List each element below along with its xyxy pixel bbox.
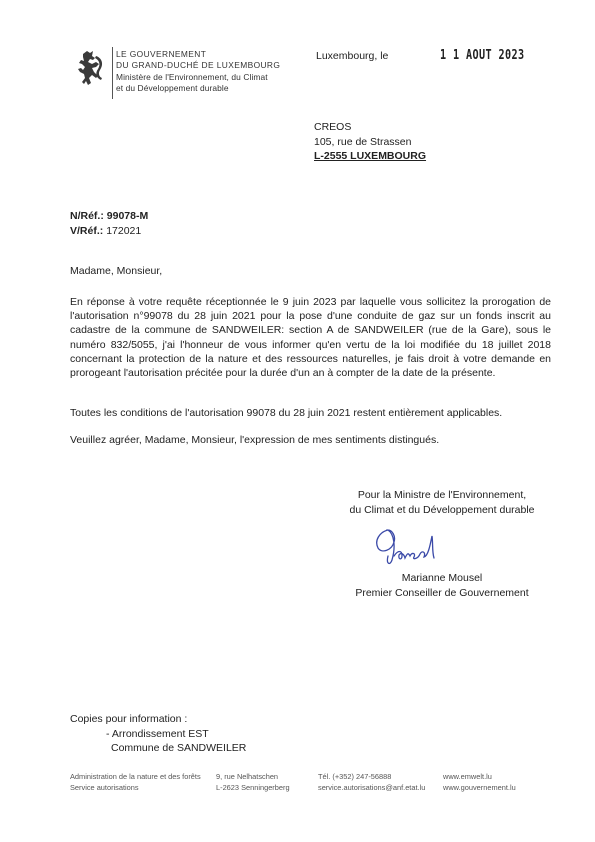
our-reference: N/Réf.: 99078-M (70, 209, 148, 224)
paragraph-closing: Veuillez agréer, Madame, Monsieur, l'exp… (70, 433, 551, 447)
footer-city: L-2623 Senningerberg (216, 783, 290, 794)
place-label: Luxembourg, le (316, 50, 388, 62)
footer-admin-name: Administration de la nature et des forêt… (70, 772, 201, 783)
footer-service: Service autorisations (70, 783, 201, 794)
footer-phone: Tél. (+352) 247-56888 (318, 772, 425, 783)
our-ref-value: 99078-M (107, 210, 148, 222)
footer-address: 9, rue Nelhatschen L-2623 Senningerberg (216, 772, 290, 793)
recipient-name: CREOS (314, 120, 426, 135)
signer-title: Premier Conseiller de Gouvernement (322, 586, 562, 601)
government-header: LE GOUVERNEMENT DU GRAND-DUCHÉ DE LUXEMB… (116, 49, 280, 94)
references: N/Réf.: 99078-M V/Réf.: 172021 (70, 209, 148, 238)
copy-recipient: - Arrondissement EST (70, 727, 246, 742)
our-ref-label: N/Réf.: (70, 210, 104, 222)
paragraph-main: En réponse à votre requête réceptionnée … (70, 295, 551, 380)
gov-line-2: DU GRAND-DUCHÉ DE LUXEMBOURG (116, 60, 280, 71)
footer-street: 9, rue Nelhatschen (216, 772, 290, 783)
header-divider (112, 47, 113, 99)
ministry-line-2: et du Développement durable (116, 83, 280, 94)
red-lion-crest-icon (74, 48, 106, 90)
signer-block: Marianne Mousel Premier Conseiller de Go… (322, 571, 562, 600)
footer-administration: Administration de la nature et des forêt… (70, 772, 201, 793)
footer-email-link[interactable]: service.autorisations@anf.etat.lu (318, 783, 425, 794)
copy-recipient: Commune de SANDWEILER (70, 741, 246, 756)
for-minister-line-1: Pour la Ministre de l'Environnement, (322, 488, 562, 503)
salutation: Madame, Monsieur, (70, 265, 162, 277)
signer-name: Marianne Mousel (322, 571, 562, 586)
footer-websites: www.emwelt.lu www.gouvernement.lu (443, 772, 516, 793)
recipient-street: 105, rue de Strassen (314, 135, 426, 150)
footer-website-link[interactable]: www.gouvernement.lu (443, 783, 516, 794)
copies-for-information: Copies pour information : - Arrondisseme… (70, 712, 246, 756)
your-ref-value: 172021 (106, 225, 141, 237)
ministry-line-1: Ministère de l'Environnement, du Climat (116, 72, 280, 83)
footer-contact: Tél. (+352) 247-56888 service.autorisati… (318, 772, 425, 793)
date-stamp: 1 1 AOUT 2023 (440, 48, 524, 63)
your-reference: V/Réf.: 172021 (70, 224, 148, 239)
paragraph-conditions: Toutes les conditions de l'autorisation … (70, 406, 551, 420)
copies-label: Copies pour information : (70, 712, 246, 727)
recipient-city: L-2555 LUXEMBOURG (314, 149, 426, 164)
gov-line-1: LE GOUVERNEMENT (116, 49, 280, 60)
recipient-address: CREOS 105, rue de Strassen L-2555 LUXEMB… (314, 120, 426, 164)
for-minister-line-2: du Climat et du Développement durable (322, 503, 562, 518)
footer-website-link[interactable]: www.emwelt.lu (443, 772, 516, 783)
handwritten-signature-icon (370, 526, 460, 568)
signature-authority: Pour la Ministre de l'Environnement, du … (322, 488, 562, 517)
your-ref-label: V/Réf.: (70, 225, 103, 237)
